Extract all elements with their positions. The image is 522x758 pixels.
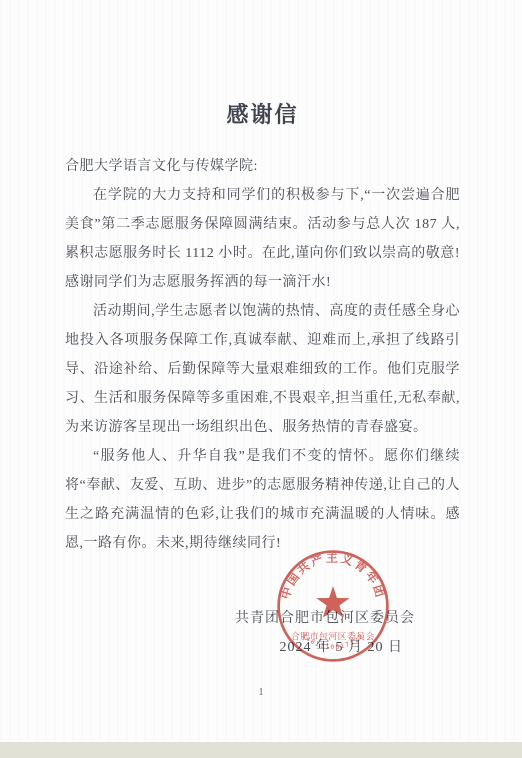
letter-title: 感谢信 — [65, 100, 460, 130]
scan-bottom-edge — [0, 742, 522, 758]
letter-content: 感谢信 合肥大学语言文化与传媒学院: 在学院的大力支持和同学们的积极参与下,“一… — [0, 0, 522, 662]
letter-paragraph-1: 在学院的大力支持和同学们的积极参与下,“一次尝遍合肥美食”第二季志愿服务保障圆满… — [65, 181, 460, 297]
letter-salutation: 合肥大学语言文化与传媒学院: — [65, 152, 460, 181]
letter-date: 2024 年 5 月 20 日 — [65, 633, 460, 662]
signer-name: 共青团合肥市包河区委员会 — [65, 604, 460, 633]
letter-paragraph-2: 活动期间,学生志愿者以饱满的热情、高度的责任感全身心地投入各项服务保障工作,真诚… — [65, 297, 460, 442]
signature-block: 共青团合肥市包河区委员会 2024 年 5 月 20 日 — [65, 604, 460, 662]
page-number: 1 — [0, 686, 522, 698]
letter-paragraph-3: “服务他人、升华自我”是我们不变的情怀。愿你们继续将“奉献、友爱、互助、进步”的… — [65, 442, 460, 558]
letter-page: 感谢信 合肥大学语言文化与传媒学院: 在学院的大力支持和同学们的积极参与下,“一… — [0, 0, 522, 758]
